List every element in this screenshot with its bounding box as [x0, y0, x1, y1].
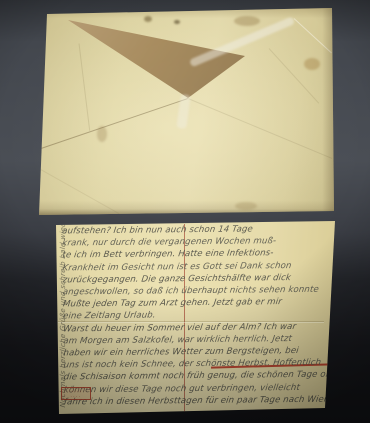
collector-stamp-line: ····	[62, 394, 90, 399]
postcard: aufstehen? Ich bin nun auch schon 14 Tag…	[56, 221, 335, 414]
scuff-mark	[189, 16, 295, 67]
crease-line	[39, 168, 120, 214]
margin-note: Nochmals herzliche Grüße und schreib bal…	[59, 227, 67, 408]
stain	[235, 202, 257, 210]
crease-line	[294, 18, 332, 53]
handwriting-block: aufstehen? Ich bin nun auch schon 14 Tag…	[62, 223, 332, 409]
stain	[174, 20, 180, 24]
crease-line	[269, 48, 320, 103]
envelope	[39, 8, 334, 215]
photograph: aufstehen? Ich bin nun auch schon 14 Tag…	[0, 0, 370, 423]
crease-line	[41, 98, 188, 149]
stain	[97, 126, 107, 142]
handwriting-line: fahre ich in diesen Herbsttagen für ein …	[63, 393, 333, 408]
scuff-mark	[176, 94, 191, 129]
collector-stamp: ····· ····	[61, 387, 91, 400]
crease-line	[188, 98, 332, 159]
stain	[144, 16, 152, 22]
crease-line	[79, 43, 91, 130]
stain	[234, 16, 260, 26]
stain	[304, 58, 320, 70]
torn-flap-area	[68, 18, 248, 100]
